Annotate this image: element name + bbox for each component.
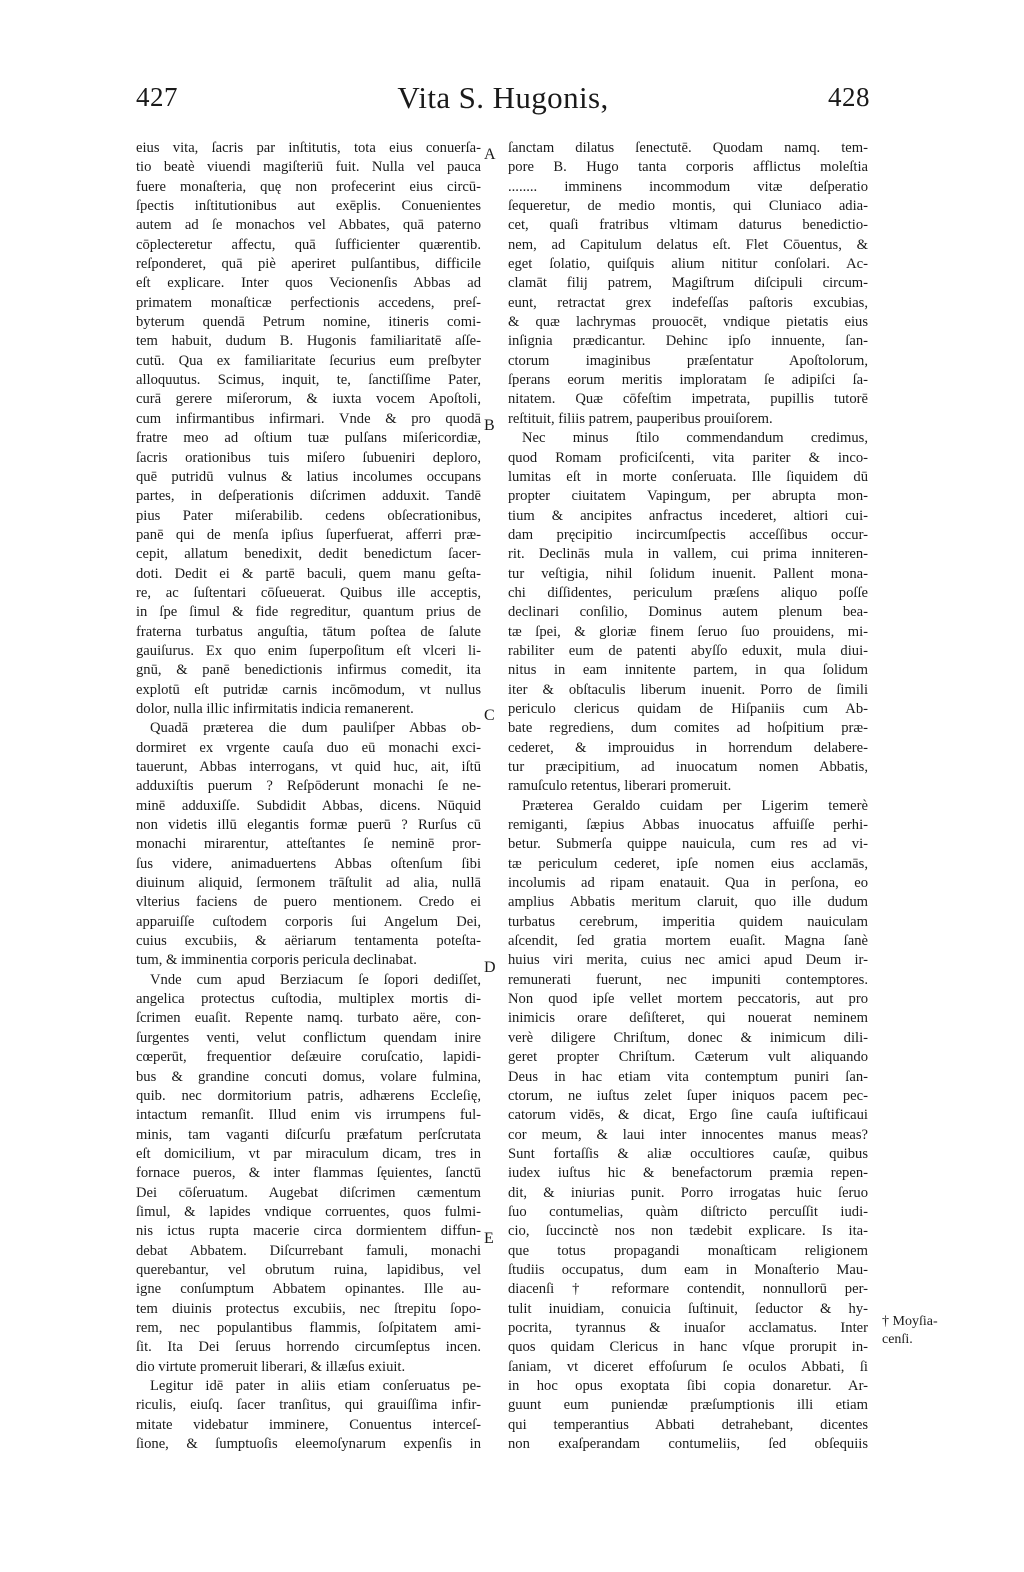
text-line: aſcendit, ſed gratia mortem euaſit. Magn… bbox=[508, 932, 868, 951]
document-page: 427 Vita S. Hugonis, 428 eius vita, ſacr… bbox=[0, 0, 1024, 1572]
text-line: declinari conſilio, Dominus autem plenum… bbox=[508, 603, 868, 622]
text-line: cuius excubiis, & aëriarum tentamenta po… bbox=[136, 932, 481, 951]
text-line: Vnde cum apud Berziacum ſe ſopori dediſſ… bbox=[136, 971, 481, 990]
text-line: nem, ad Capitulum delatus eſt. Flet Cōue… bbox=[508, 236, 868, 255]
text-line: gauiſurus. Ex quo enim ſuperpoſitum eſt … bbox=[136, 642, 481, 661]
text-line: bus & grandine concuti domus, volare ful… bbox=[136, 1068, 481, 1087]
text-line: ctorum imaginibus præſentatur Apoſtoloru… bbox=[508, 352, 868, 371]
text-line: bate regrediens, dum comites ad hoſpitiu… bbox=[508, 719, 868, 738]
text-line: que totus propagandi monaſticam religion… bbox=[508, 1242, 868, 1261]
text-line: huius viri merita, cuius nec amici apud … bbox=[508, 951, 868, 970]
text-line: tem habuit, dudum B. Hugonis familiarita… bbox=[136, 332, 481, 351]
text-line: ſione, & ſumptuoſis eleemoſynarum expenſ… bbox=[136, 1435, 481, 1454]
text-line: Deus in hac etiam vita contemptum puniri… bbox=[508, 1068, 868, 1087]
text-line: doti. Dedit ei & partē baculi, quem manu… bbox=[136, 565, 481, 584]
text-line: Quadā præterea die dum pauliſper Abbas o… bbox=[136, 719, 481, 738]
text-line: Dei cōſeruatum. Augebat diſcrimen cæment… bbox=[136, 1184, 481, 1203]
text-line: propter ciuitatem Vapingum, per abrupta … bbox=[508, 487, 868, 506]
section-marker: D bbox=[484, 959, 496, 977]
text-line: nitus in eam innitente partem, in qua ſo… bbox=[508, 661, 868, 680]
text-line: ramuſculo retentus, liberari promeruit. bbox=[508, 777, 868, 796]
text-line: fuere monaſteria, quę non profecerint ei… bbox=[136, 178, 481, 197]
text-line: angelica protectus cuſtodia, multiplex m… bbox=[136, 990, 481, 1009]
page-number-right: 428 bbox=[828, 82, 870, 113]
text-line: iudex iuſtus hic & benefactorum præmia r… bbox=[508, 1164, 868, 1183]
text-line: vlterius faciens de puero mentionem. Cre… bbox=[136, 893, 481, 912]
text-line: intactum remanſit. Illud enim vis irrump… bbox=[136, 1106, 481, 1125]
text-line: ſpectis inſtitutionibus aut exēplis. Con… bbox=[136, 197, 481, 216]
text-line: inſignia prædicantur. Dehinc ipſo innuen… bbox=[508, 332, 868, 351]
section-marker: A bbox=[484, 146, 496, 164]
text-line: nis ictus rupta macerie circa dormientem… bbox=[136, 1222, 481, 1241]
text-line: ctorum, ne iuſtus zelet ſuper iniquos pa… bbox=[508, 1087, 868, 1106]
running-title: Vita S. Hugonis, bbox=[136, 80, 870, 116]
text-line: cio, ſuccinctè nos non tædebit explicare… bbox=[508, 1222, 868, 1241]
text-line: rit. Declinās mula in vallem, cui prima … bbox=[508, 545, 868, 564]
text-line: reſponderet, quā piè aperiret pulſantibu… bbox=[136, 255, 481, 274]
text-line: incolumis ad ripam enatauit. Qua in perſ… bbox=[508, 874, 868, 893]
text-line: cōplecteretur affectu, quā ſufficienter … bbox=[136, 236, 481, 255]
text-line: Sunt fortaſſis & aliæ occultiores cauſæ,… bbox=[508, 1145, 868, 1164]
text-line: dam pręcipitio incircumſpectis acceſſibu… bbox=[508, 526, 868, 545]
text-line: tio beatè viuendi magiſteriū fuit. Nulla… bbox=[136, 158, 481, 177]
text-line: mitate videbatur imminere, Conuentus int… bbox=[136, 1416, 481, 1435]
text-line: monachi mirarentur, atteſtantes ſe nemin… bbox=[136, 835, 481, 854]
text-line: dolor, nulla illic infirmitatis indicia … bbox=[136, 700, 481, 719]
text-line: betur. Submerſa quippe nauicula, cum res… bbox=[508, 835, 868, 854]
text-line: ſurgentes venti, velut conflictum quenda… bbox=[136, 1029, 481, 1048]
section-marker: B bbox=[484, 417, 495, 435]
text-line: reſtituit, filiis patrem, pauperibus pro… bbox=[508, 410, 868, 429]
text-line: fornace pueros, & inter flammas ſęuiente… bbox=[136, 1164, 481, 1183]
text-line: ſuo contumelias, quàm diſtricto percuſſi… bbox=[508, 1203, 868, 1222]
text-line: ſcrimen euaſit. Repente namq. turbato aë… bbox=[136, 1009, 481, 1028]
text-line: ſit. Ita Dei ſeruus horrendo circumſeptu… bbox=[136, 1338, 481, 1357]
text-line: quos quidam Clericus in hanc vſque proru… bbox=[508, 1338, 868, 1357]
text-line: geret propter Chriſtum. Cæterum vult ali… bbox=[508, 1048, 868, 1067]
text-line: querebantur, vel obrutum ruina, lapidibu… bbox=[136, 1261, 481, 1280]
margin-note: † Moyſia- cenſi. bbox=[882, 1313, 938, 1349]
text-line: diuinum aliquid, ſermonem trāſtulit ad a… bbox=[136, 874, 481, 893]
page-header: 427 Vita S. Hugonis, 428 bbox=[136, 82, 870, 122]
text-line: minis, tam vaganti diſcurſu præfatum per… bbox=[136, 1126, 481, 1145]
text-line: lumitas eſt in morte conſeruata. Ille ſi… bbox=[508, 468, 868, 487]
section-marker: E bbox=[484, 1230, 494, 1248]
text-line: dit, & iniurias punit. Porro irrogatas h… bbox=[508, 1184, 868, 1203]
text-line: tur præcipitium, ad inuocatum nomen Abba… bbox=[508, 758, 868, 777]
left-column: eius vita, ſacris par inſtitutis, tota e… bbox=[136, 139, 481, 1454]
text-line: primatem monaſticæ perfectionis accedens… bbox=[136, 294, 481, 313]
text-line: guunt eum puniendæ præſumptionis illi et… bbox=[508, 1396, 868, 1415]
text-line: tium & ancipites anfractus incederet, al… bbox=[508, 507, 868, 526]
text-line: cor meum, & laui inter innocentes manus … bbox=[508, 1126, 868, 1145]
text-line: ſanctam dilatus ſenectutē. Quodam namq. … bbox=[508, 139, 868, 158]
text-line: dio virtute promeruit liberari, & illæſu… bbox=[136, 1358, 481, 1377]
margin-note-line: cenſi. bbox=[882, 1331, 938, 1349]
text-line: eunt, retractat grex indefeſſas paſtoris… bbox=[508, 294, 868, 313]
text-line: ſaniam, vt diceret effoſurum ſe oculos A… bbox=[508, 1358, 868, 1377]
text-line: tur veſtigia, nihil ſolidum inuenit. Pal… bbox=[508, 565, 868, 584]
text-line: qui temperantius Abbati detrahebant, dic… bbox=[508, 1416, 868, 1435]
text-line: amplius Abbatis meritum claruit, quo ill… bbox=[508, 893, 868, 912]
text-line: ſimul, & lapides vndique corruentes, quo… bbox=[136, 1203, 481, 1222]
text-line: igne conſumptum Abbatem opinantes. Ille … bbox=[136, 1280, 481, 1299]
text-line: cum infirmantibus infirmari. Vnde & pro … bbox=[136, 410, 481, 429]
text-line: tum, & imminentia corporis pericula decl… bbox=[136, 951, 481, 970]
text-line: tem diuinis protectus excubiis, nec ſtre… bbox=[136, 1300, 481, 1319]
text-line: rabiliter eum de patenti abyſſo eduxit, … bbox=[508, 642, 868, 661]
text-line: nitatem. Quæ cōfeſtim impetrata, pupilli… bbox=[508, 390, 868, 409]
text-line: panē qui de menſa ipſius ſuperfuerat, af… bbox=[136, 526, 481, 545]
text-line: ſperans eorum meritis imploratam ſe adip… bbox=[508, 371, 868, 390]
text-line: pius Pater miſerabilib. cedens obſecrati… bbox=[136, 507, 481, 526]
text-line: & quæ lachrymas prouocēt, vndique pietat… bbox=[508, 313, 868, 332]
text-line: eius vita, ſacris par inſtitutis, tota e… bbox=[136, 139, 481, 158]
text-line: quē putridū vulnus & latius incolumes oc… bbox=[136, 468, 481, 487]
text-line: gnū, & panē benedictionis infirmus comed… bbox=[136, 661, 481, 680]
text-line: tauerunt, Abbas interrogans, vt quid huc… bbox=[136, 758, 481, 777]
text-line: quib. nec dormitorium patris, adhærens E… bbox=[136, 1087, 481, 1106]
text-line: periculo clericus quidam de Hiſpaniis cu… bbox=[508, 700, 868, 719]
text-line: in hoc opus exoptata ſibi copia donaretu… bbox=[508, 1377, 868, 1396]
text-line: turbatus cerebrum, imperitia quidem naui… bbox=[508, 913, 868, 932]
text-line: cepit, allatum benedixit, dedit benedict… bbox=[136, 545, 481, 564]
text-line: ſtudiis occupatus, dum eam in Monaſterio… bbox=[508, 1261, 868, 1280]
text-line: partes, in deſperationis diſcrimen addux… bbox=[136, 487, 481, 506]
text-line: Præterea Geraldo cuidam per Ligerim teme… bbox=[508, 797, 868, 816]
text-line: cet, quaſi fratribus vltimam daturus ben… bbox=[508, 216, 868, 235]
text-line: clamāt filij patrem, Magiſtrum diſcipuli… bbox=[508, 274, 868, 293]
text-line: tæ periculum cederet, ipſe nomen eius ac… bbox=[508, 855, 868, 874]
text-line: rem, nec populantibus flammis, ſoſpitate… bbox=[136, 1319, 481, 1338]
text-line: fraterna turbatus anguſtia, tātum poſtea… bbox=[136, 623, 481, 642]
section-marker: C bbox=[484, 707, 495, 725]
text-line: quod Romam proficiſcenti, vita pariter &… bbox=[508, 449, 868, 468]
text-line: dormiret ex vrgente cauſa duo eū monachi… bbox=[136, 739, 481, 758]
text-line: eget ſolatio, quiſquis alium nititur con… bbox=[508, 255, 868, 274]
text-line: autem ad ſe monachos vel Abbates, quā pa… bbox=[136, 216, 481, 235]
text-line: minē adduxiſſe. Subdidit Abbas, dicens. … bbox=[136, 797, 481, 816]
text-line: alloquutus. Scimus, inquit, te, ſanctiſſ… bbox=[136, 371, 481, 390]
text-line: Legitur idē pater in aliis etiam conſeru… bbox=[136, 1377, 481, 1396]
text-line: diacenſi † reformare contendit, nonnullo… bbox=[508, 1280, 868, 1299]
text-line: ſequeretur, de medio montis, qui Cluniac… bbox=[508, 197, 868, 216]
text-line: non exaſperandam contumeliis, ſed obſequ… bbox=[508, 1435, 868, 1454]
text-line: chi diſſidentes, periculum præſens aliqu… bbox=[508, 584, 868, 603]
text-line: catorum vidēs, & dicat, Ergo ſine cauſa … bbox=[508, 1106, 868, 1125]
text-line: ſus videre, animaduertens Abbas oſtenſum… bbox=[136, 855, 481, 874]
text-line: ſacris orationibus tuis miſero ſubueniri… bbox=[136, 449, 481, 468]
text-line: re, ac ſuſtentari cōſueuerat. Quibus ill… bbox=[136, 584, 481, 603]
text-line: ........ imminens incommodum vitæ deſper… bbox=[508, 178, 868, 197]
text-line: iter & obſtaculis liberum inuenit. Porro… bbox=[508, 681, 868, 700]
text-line: Non quod ipſe vellet mortem peccatoris, … bbox=[508, 990, 868, 1009]
text-line: verè diligere Chriſtum, donec & inimicum… bbox=[508, 1029, 868, 1048]
text-line: cutū. Qua ex familiaritate ſecurius eum … bbox=[136, 352, 481, 371]
right-column: ſanctam dilatus ſenectutē. Quodam namq. … bbox=[508, 139, 868, 1454]
text-line: cederet, & improuidus in horrendum delab… bbox=[508, 739, 868, 758]
text-line: tæ ſpei, & gloriæ finem ſeruo ſuo prouid… bbox=[508, 623, 868, 642]
text-line: pore B. Hugo tanta corporis afflictus mo… bbox=[508, 158, 868, 177]
text-line: tulit inuidiam, conuicia ſuſtinuit, ſedu… bbox=[508, 1300, 868, 1319]
text-line: Nec minus ſtilo commendandum credimus, bbox=[508, 429, 868, 448]
text-line: fratre meo ad oſtium tuæ pulſans miſeric… bbox=[136, 429, 481, 448]
text-line: apparuiſſe cuſtodem corporis ſui Angelum… bbox=[136, 913, 481, 932]
text-line: byterum quendā Petrum nomine, itineris c… bbox=[136, 313, 481, 332]
text-line: remunerati fuerunt, nec impuniti contemp… bbox=[508, 971, 868, 990]
text-line: inimicis orare deſiſteret, qui nouerat n… bbox=[508, 1009, 868, 1028]
text-line: debat Abbatem. Diſcurrebant famuli, mona… bbox=[136, 1242, 481, 1261]
text-line: eſt explicare. Inter quos Vecionenſis Ab… bbox=[136, 274, 481, 293]
text-line: non videtis illū elegantis formæ puerū ?… bbox=[136, 816, 481, 835]
text-line: cœperūt, frequentior deſæuire coruſcatio… bbox=[136, 1048, 481, 1067]
text-line: riculis, eiuſq. ſacer tranſitus, qui gra… bbox=[136, 1396, 481, 1415]
text-line: explotū eſt putridæ carnis incōmodum, vt… bbox=[136, 681, 481, 700]
margin-note-line: † Moyſia- bbox=[882, 1313, 938, 1331]
text-line: eſt domicilium, vt par miraculum dicam, … bbox=[136, 1145, 481, 1164]
text-line: pocrita, tyrannus & inuaſor acclamatus. … bbox=[508, 1319, 868, 1338]
text-line: remiganti, ſæpius Abbas inuocatus affuiſ… bbox=[508, 816, 868, 835]
text-line: curā gerere miſerorum, & iuxta vocem Apo… bbox=[136, 390, 481, 409]
text-line: in ſpe ſimul & fide regreditur, quantum … bbox=[136, 603, 481, 622]
text-line: adduxiſtis puerum ? Reſpōderunt monachi … bbox=[136, 777, 481, 796]
